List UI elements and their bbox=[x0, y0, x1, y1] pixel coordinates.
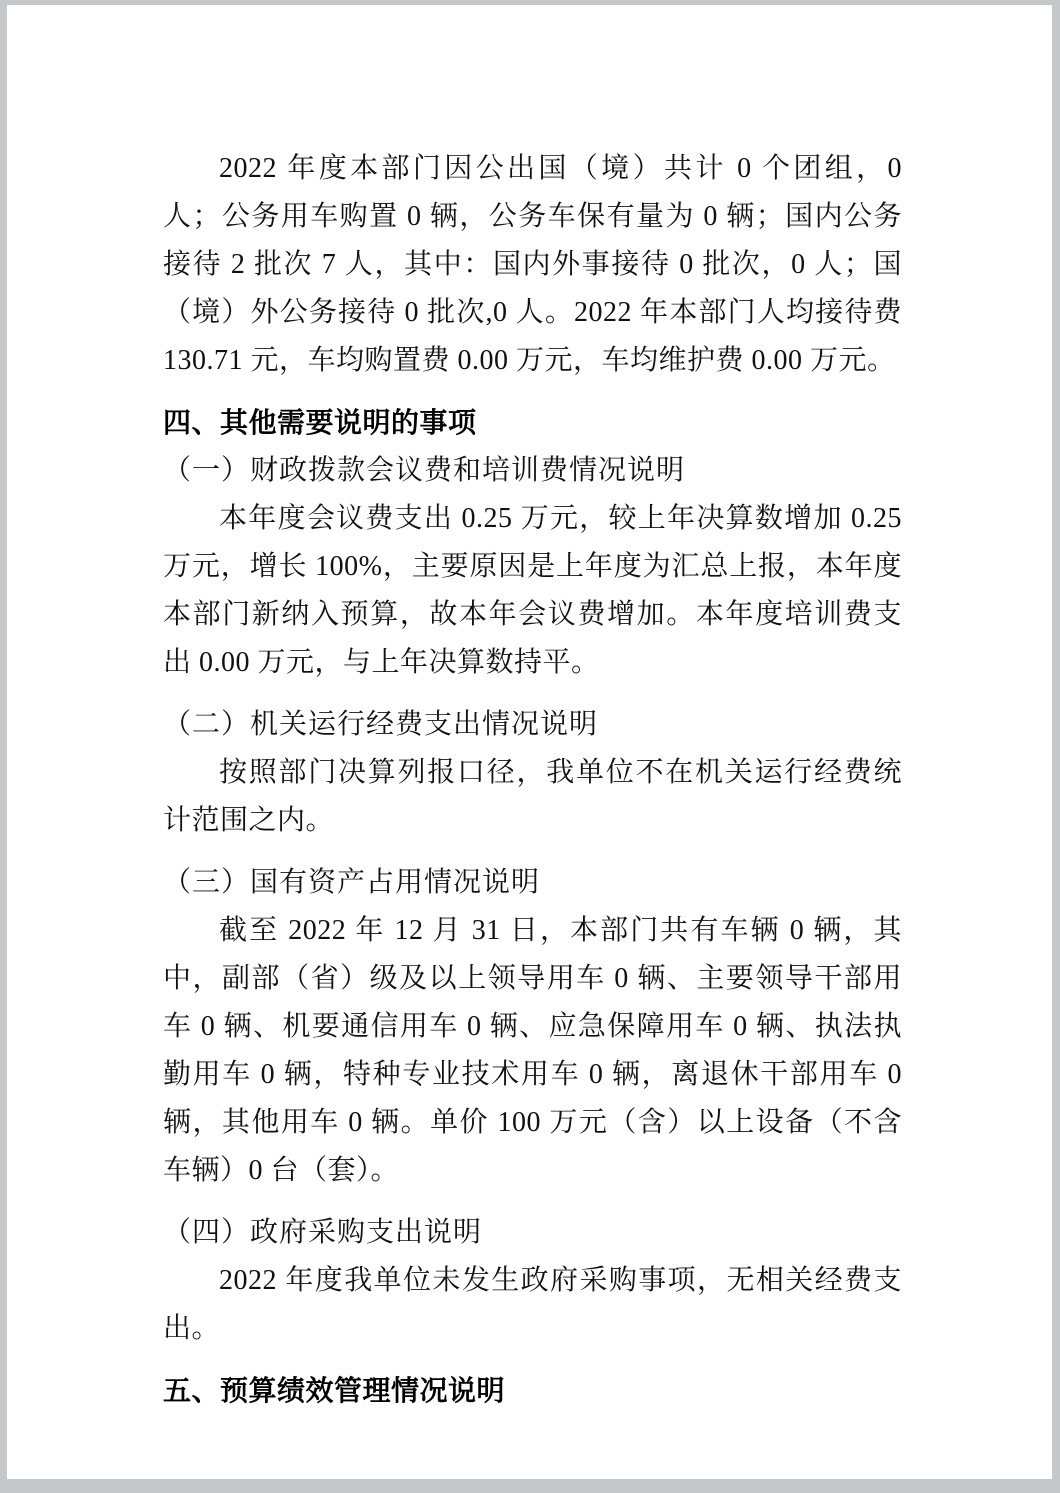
subsection-heading-2-operating-expenses: （二）机关运行经费支出情况说明 bbox=[163, 701, 902, 749]
paragraph-government-procurement: 2022 年度我单位未发生政府采购事项，无相关经费支出。 bbox=[163, 1257, 902, 1353]
subsection-heading-4-government-procurement: （四）政府采购支出说明 bbox=[163, 1209, 902, 1257]
section-heading-4-other-matters: 四、其他需要说明的事项 bbox=[163, 399, 902, 447]
section-heading-5-budget-performance: 五、预算绩效管理情况说明 bbox=[163, 1367, 902, 1415]
subsection-heading-1-meeting-training-fees: （一）财政拨款会议费和培训费情况说明 bbox=[163, 447, 902, 495]
paragraph-state-assets: 截至 2022 年 12 月 31 日，本部门共有车辆 0 辆，其中，副部（省）… bbox=[163, 907, 902, 1195]
subsection-heading-3-state-assets: （三）国有资产占用情况说明 bbox=[163, 859, 902, 907]
paragraph-sanggong-summary: 2022 年度本部门因公出国（境）共计 0 个团组，0 人；公务用车购置 0 辆… bbox=[163, 145, 902, 385]
paragraph-operating-expenses: 按照部门决算列报口径，我单位不在机关运行经费统计范围之内。 bbox=[163, 749, 902, 845]
document-page: 2022 年度本部门因公出国（境）共计 0 个团组，0 人；公务用车购置 0 辆… bbox=[7, 5, 1052, 1479]
document-content: 2022 年度本部门因公出国（境）共计 0 个团组，0 人；公务用车购置 0 辆… bbox=[7, 5, 1052, 1415]
paragraph-meeting-training-fees: 本年度会议费支出 0.25 万元，较上年决算数增加 0.25 万元，增长 100… bbox=[163, 495, 902, 687]
